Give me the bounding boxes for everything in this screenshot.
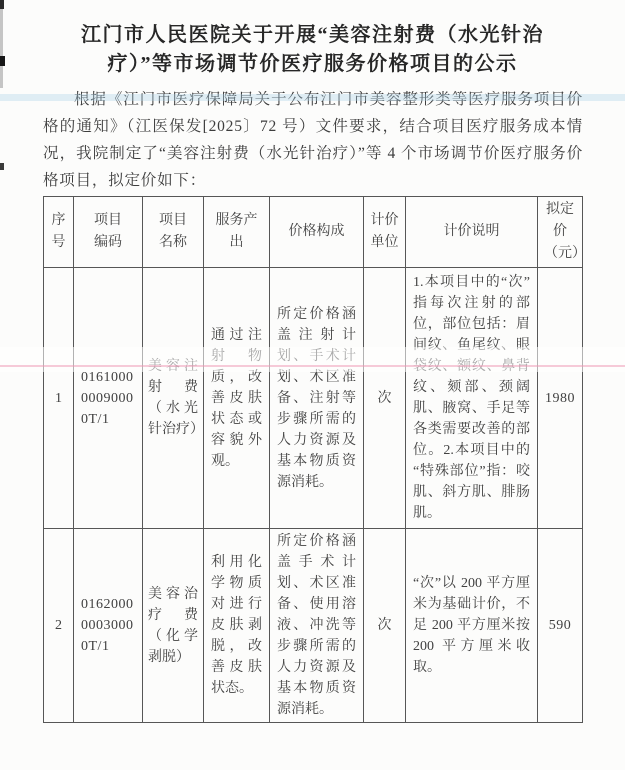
table-row: 1 0161000 0009000 0T/1 美容注射费（水光针治疗） 通过注射…	[44, 268, 583, 529]
row2-service-output: 利用化学物质对进行皮肤剥脱，改善皮肤状态。	[204, 529, 270, 723]
intro-paragraph: 根据《江门市医疗保障局关于公布江门市美容整形类等医疗服务项目价格的通知》（江医保…	[43, 86, 583, 194]
header-note: 计价说明	[406, 197, 538, 268]
row2-price-composition: 所定价格涵盖手术计划、术区准备、使用溶液、冲洗等步骤所需的人力资源及基本物质资源…	[270, 529, 364, 723]
row1-project-code: 0161000 0009000 0T/1	[74, 268, 143, 529]
header-composition: 价格构成	[270, 197, 364, 268]
row2-unit: 次	[364, 529, 406, 723]
header-code: 项目 编码	[74, 197, 143, 268]
scan-edge-mark	[0, 163, 4, 170]
table-header-row: 序 号 项目 编码 项目 名称 服务产出 价格构成 计价 单位 计价说明 拟定 …	[44, 197, 583, 268]
row2-project-name: 美容治疗费（化学剥脱）	[143, 529, 204, 723]
row1-seq: 1	[44, 268, 74, 529]
row1-price-composition: 所定价格涵盖注射计划、手术计划、术区准备、注射等步骤所需的人力资源及基本物质资源…	[270, 268, 364, 529]
row2-pricing-note: “次”以 200 平方厘米为基础计价，不足 200 平方厘米按 200 平方厘米…	[406, 529, 538, 723]
header-price: 拟定 价 （元）	[538, 197, 583, 268]
row2-proposed-price: 590	[538, 529, 583, 723]
document-page: 江门市人民医院关于开展“美容注射费（水光针治 疗）”等市场调节价医疗服务价格项目…	[0, 0, 625, 770]
row1-pricing-note: 1.本项目中的“次”指每次注射的部位，部位包括：眉间纹、鱼尾纹、眼袋纹、额纹、鼻…	[406, 268, 538, 529]
price-table: 序 号 项目 编码 项目 名称 服务产出 价格构成 计价 单位 计价说明 拟定 …	[43, 196, 583, 723]
header-name: 项目 名称	[143, 197, 204, 268]
row1-service-output: 通过注射物质，改善皮肤状态或容貌外观。	[204, 268, 270, 529]
row1-proposed-price: 1980	[538, 268, 583, 529]
row1-unit: 次	[364, 268, 406, 529]
header-output: 服务产出	[204, 197, 270, 268]
header-unit: 计价 单位	[364, 197, 406, 268]
row2-seq: 2	[44, 529, 74, 723]
document-title: 江门市人民医院关于开展“美容注射费（水光针治 疗）”等市场调节价医疗服务价格项目…	[0, 0, 625, 79]
row2-project-code: 0162000 0003000 0T/1	[74, 529, 143, 723]
table-row: 2 0162000 0003000 0T/1 美容治疗费（化学剥脱） 利用化学物…	[44, 529, 583, 723]
header-seq: 序 号	[44, 197, 74, 268]
row1-project-name: 美容注射费（水光针治疗）	[143, 268, 204, 529]
